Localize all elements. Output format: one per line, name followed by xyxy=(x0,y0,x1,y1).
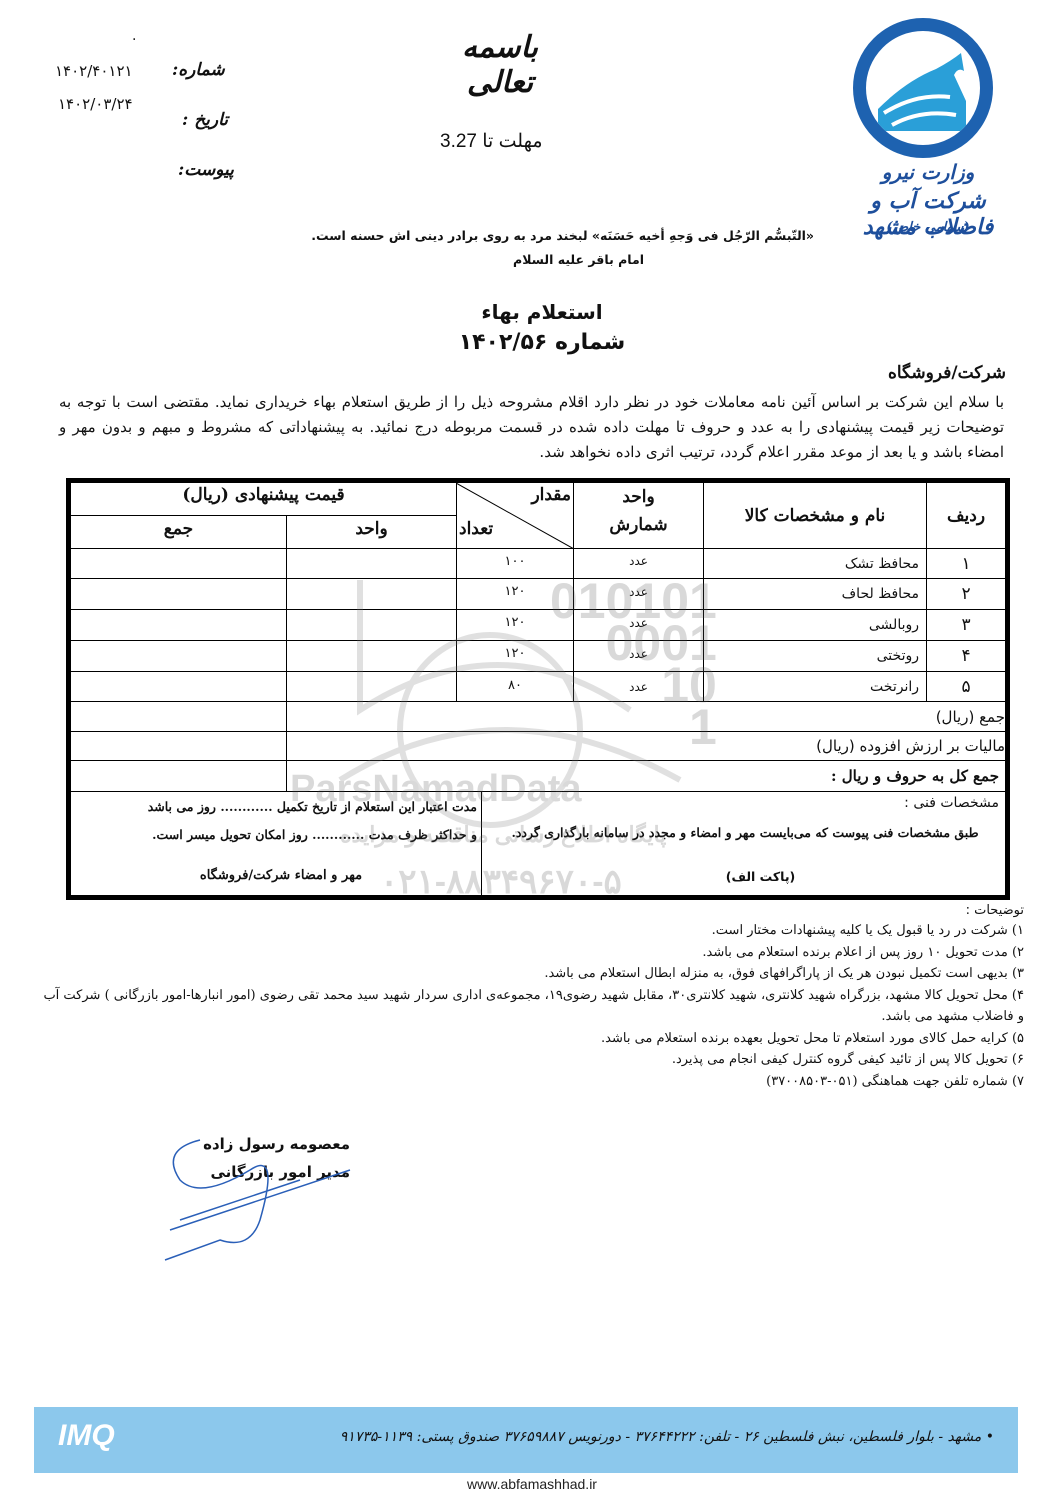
row-index: ۵ xyxy=(927,672,1005,701)
attachment-label: پیوست: xyxy=(178,160,234,180)
row-qty: ۱۲۰ xyxy=(457,579,573,603)
vat-label-text: مالیات بر ارزش افزوده (ریال) xyxy=(816,737,1005,755)
note-item: ۴) محل تحویل کالا مشهد، بزرگراه شهید کلا… xyxy=(34,985,1024,1028)
footer-address: • مشهد - بلوار فلسطین، نبش فلسطین ۲۶ - ت… xyxy=(340,1429,994,1445)
row-unit-price-input[interactable] xyxy=(287,549,456,578)
validity-line-2: و حداکثر ظرف مدت ............ روز امکان … xyxy=(75,827,477,842)
tech-spec-label: مشخصات فنی : xyxy=(482,795,999,811)
intro-paragraph: با سلام این شرکت بر اساس آئین نامه معامل… xyxy=(59,390,1004,465)
sum-label: جمع (ریال) xyxy=(287,702,1005,731)
row-qty: ۸۰ xyxy=(457,672,573,698)
letter-date-label: تاریخ : xyxy=(182,110,228,130)
imq-badge: IMQ xyxy=(58,1419,115,1453)
row-qty: ۱۲۰ xyxy=(457,610,573,634)
notes-title: توضیحات : xyxy=(966,903,1024,918)
vat-value-input[interactable] xyxy=(71,732,286,760)
row-unit: عدد xyxy=(574,579,703,605)
document-title: استعلام بهاء xyxy=(0,300,1064,324)
top-dot: . xyxy=(132,28,136,44)
grand-total-input[interactable] xyxy=(71,761,286,791)
note-item: ۲) مدت تحویل ۱۰ روز پس از اعلام برنده اس… xyxy=(34,942,1024,964)
row-total-input[interactable] xyxy=(71,549,286,578)
sum-label-text: جمع (ریال) xyxy=(936,708,1005,726)
col-header-price: قیمت پیشنهادی (ریال) xyxy=(71,485,456,505)
row-qty: ۱۲۰ xyxy=(457,641,573,665)
letter-number-value: ۱۴۰۲/۴۰۱۲۱ xyxy=(55,62,133,80)
hadith-source: امام باقر علیه السلام xyxy=(513,252,644,267)
row-unit: عدد xyxy=(574,641,703,667)
vat-label: مالیات بر ارزش افزوده (ریال) xyxy=(287,732,1005,760)
sum-value-input[interactable] xyxy=(71,702,286,731)
website-link[interactable]: www.abfamashhad.ir xyxy=(0,1476,1064,1492)
validity-line-1: مدت اعتبار این استعلام از تاریخ تکمیل ..… xyxy=(75,799,477,814)
row-item-name: روبالشی xyxy=(711,610,919,640)
hadith-quote: «التّبسُّم الرّجُل فی وَجهِ أخیه حَسَنَه… xyxy=(311,228,814,243)
inquiry-number: شماره ۱۴۰۲/۵۶ xyxy=(0,330,1064,355)
company-logo: وزارت نیرو شرکت آب و فاضلاب مشهد (سهامی … xyxy=(838,10,1018,250)
row-unit: عدد xyxy=(574,549,703,573)
row-total-input[interactable] xyxy=(71,641,286,671)
row-index: ۴ xyxy=(927,641,1005,671)
row-item-name: محافظ تشک xyxy=(711,549,919,578)
bismillah-heading: باسمه تعالی xyxy=(430,30,570,100)
note-item: ۱) شرکت در رد یا قبول یک یا کلیه پیشنهاد… xyxy=(34,920,1024,942)
water-wave-icon xyxy=(866,31,980,145)
handwritten-signature-icon xyxy=(160,1130,360,1270)
letter-number-label: شماره: xyxy=(172,60,225,80)
price-inquiry-table: ردیف نام و مشخصات کالا واحد شمارش مقدار … xyxy=(66,478,1010,900)
col-header-total: جمع xyxy=(71,519,286,539)
tech-spec-packet: (پاکت الف) xyxy=(482,869,999,884)
note-item: ۷) شماره تلفن جهت هماهنگی (۰۵۱-۳۷۰۰۸۵۰۳) xyxy=(34,1071,1024,1093)
notes-list: ۱) شرکت در رد یا قبول یک یا کلیه پیشنهاد… xyxy=(34,920,1024,1092)
col-header-row: ردیف xyxy=(927,483,1005,548)
ministry-name: وزارت نیرو xyxy=(838,160,1018,184)
col-header-qty-bottom: تعداد xyxy=(459,519,519,539)
row-item-name: روتختی xyxy=(711,641,919,671)
note-item: ۶) تحویل کالا پس از تائید کیفی گروه کنتر… xyxy=(34,1049,1024,1071)
col-header-unit-price: واحد xyxy=(287,519,456,539)
row-index: ۱ xyxy=(927,549,1005,578)
addressee-label: شرکت/فروشگاه xyxy=(888,363,1006,383)
row-total-input[interactable] xyxy=(71,579,286,609)
letter-date-value: ۱۴۰۲/۰۳/۲۴ xyxy=(58,95,133,113)
row-unit-price-input[interactable] xyxy=(287,579,456,609)
col-header-unit-bottom: شمارش xyxy=(574,515,703,535)
col-header-qty-top: مقدار xyxy=(511,485,571,505)
deadline-note: مهلت تا 3.27 xyxy=(440,130,543,153)
row-total-input[interactable] xyxy=(71,610,286,640)
row-index: ۲ xyxy=(927,579,1005,609)
col-header-name: نام و مشخصات کالا xyxy=(704,483,926,548)
row-unit-price-input[interactable] xyxy=(287,641,456,671)
col-header-unit-top: واحد xyxy=(574,487,703,507)
row-unit: عدد xyxy=(574,672,703,701)
logo-ring-icon xyxy=(853,18,993,158)
row-unit-price-input[interactable] xyxy=(287,610,456,640)
row-unit: عدد xyxy=(574,610,703,636)
row-qty: ۱۰۰ xyxy=(457,549,573,573)
row-unit-price-input[interactable] xyxy=(287,672,456,701)
row-item-name: رانرتخت xyxy=(711,672,919,701)
row-item-name: محافظ لحاف xyxy=(711,579,919,609)
tech-spec-text: طبق مشخصات فنی پیوست که می‌بایست مهر و ا… xyxy=(511,821,979,845)
note-item: ۳) بدیهی است تکمیل نبودن هر یک از پاراگر… xyxy=(34,963,1024,985)
note-item: ۵) کرایه حمل کالای مورد استعلام تا محل ت… xyxy=(34,1028,1024,1050)
row-index: ۳ xyxy=(927,610,1005,640)
footer-band: IMQ • مشهد - بلوار فلسطین، نبش فلسطین ۲۶… xyxy=(34,1407,1018,1473)
row-total-input[interactable] xyxy=(71,672,286,701)
company-type: (سهامی خاص) xyxy=(838,220,1018,235)
stamp-signature-label: مهر و امضاء شرکت/فروشگاه xyxy=(121,868,441,883)
grand-total-label: جمع کل به حروف و ریال : xyxy=(287,761,1005,791)
